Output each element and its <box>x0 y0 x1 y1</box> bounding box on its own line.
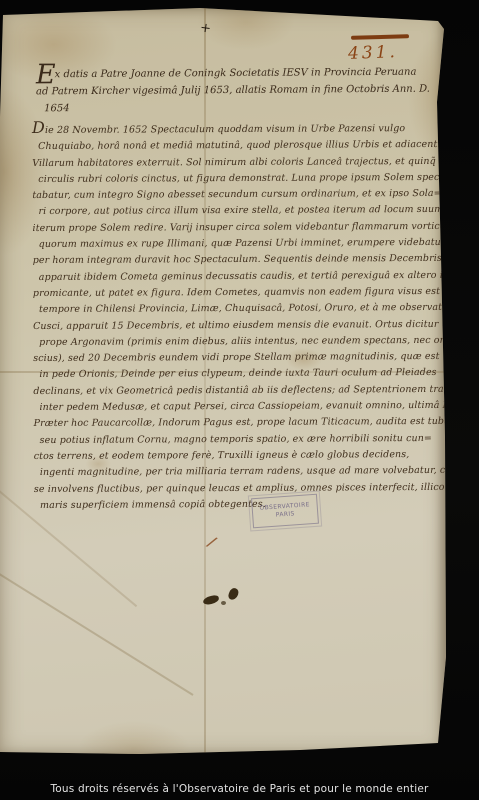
folio-overline <box>351 34 409 39</box>
header-line-text: x datis a Patre Joanne de Coningk Societ… <box>55 67 417 81</box>
header-line: ad Patrem Kircher vigesimâ Julij 1653, a… <box>36 81 426 101</box>
manuscript-line: se involvens fluctibus, per quinque leuc… <box>34 479 436 497</box>
manuscript-line: ingenti magnitudine, per tria milliaria … <box>34 463 436 481</box>
pen-mark: ⁄⁄⁄ <box>208 535 212 551</box>
header-lines: ad Patrem Kircher vigesimâ Julij 1653, a… <box>36 81 426 118</box>
folio-number-block: 431. <box>337 35 409 63</box>
manuscript-line: Die 28 Novembr. 1652 Spectaculum quoddam… <box>32 118 434 139</box>
manuscript-body: Die 28 Novembr. 1652 Spectaculum quoddam… <box>32 118 436 514</box>
manuscript-line: Cusci, apparuit 15 Decembris, et ultimo … <box>33 317 435 335</box>
manuscript-line: seu potius inflatum Cornu, magno tempori… <box>34 431 436 449</box>
manuscript-line: Villarum habitatores exterruit. Sol nimi… <box>32 154 434 172</box>
header-line: 1654 <box>36 98 426 118</box>
manuscript-line: tempore in Chilensi Provincia, Limæ, Chu… <box>33 300 435 318</box>
photo-frame: + 431. Ex datis a Patre Joanne de Coning… <box>0 0 479 800</box>
manuscript-page: + 431. Ex datis a Patre Joanne de Coning… <box>0 7 447 756</box>
manuscript-line: in pede Orionis, Deinde per eius clypeum… <box>33 365 435 383</box>
letter-header: Ex datis a Patre Joanne de Coningk Socie… <box>36 64 426 118</box>
collation-cross-mark: + <box>199 20 212 36</box>
ink-blot <box>227 587 240 601</box>
ink-blot <box>221 601 226 605</box>
manuscript-line: maris superficiem immensâ copiâ obtegent… <box>34 496 436 514</box>
copyright-caption: Tous droits réservés à l'Observatoire de… <box>0 783 479 795</box>
manuscript-line: Præter hoc Paucarcollæ, Indorum Pagus es… <box>34 414 436 432</box>
manuscript-line: per horam integram duravit hoc Spectacul… <box>33 251 435 269</box>
manuscript-line: Chuquiabo, horâ nonâ et mediâ matutinâ, … <box>32 137 434 155</box>
diagonal-crease <box>0 567 194 695</box>
manuscript-line: ri corpore, aut potius circa illum visa … <box>32 202 434 220</box>
archive-stamp: OBSERVATOIRE PARIS <box>251 494 319 529</box>
folio-number: 431. <box>337 41 410 64</box>
ink-blot <box>202 594 219 605</box>
